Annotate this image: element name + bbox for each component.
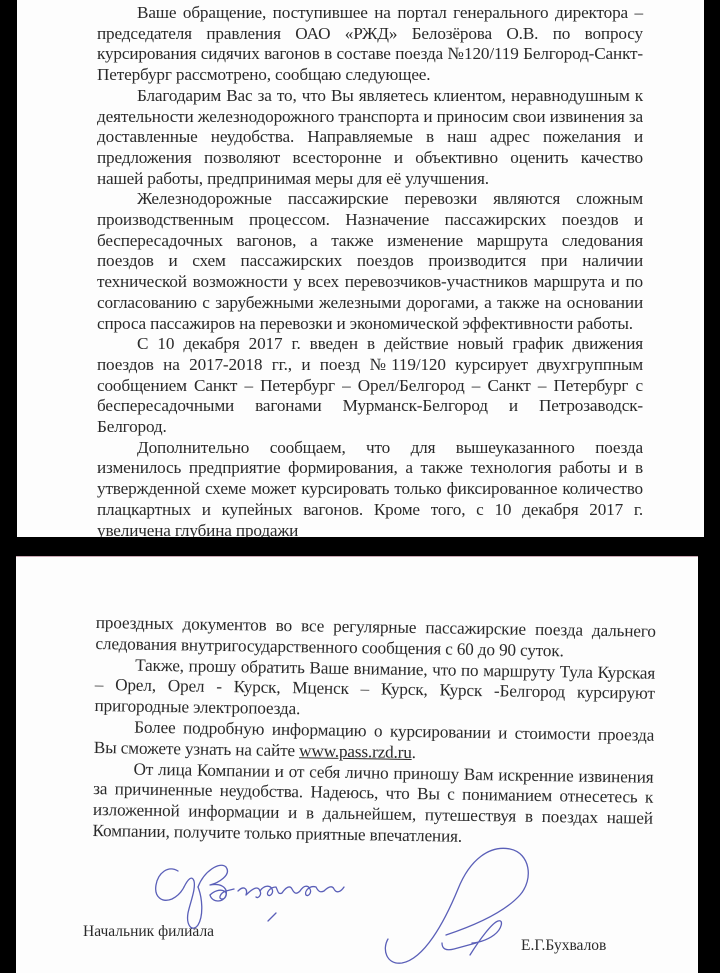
website-text-after: . <box>412 743 416 762</box>
paragraph-schedule: С 10 декабря 2017 г. введен в действие н… <box>97 334 643 438</box>
paragraph-intro: Ваше обращение, поступившее на портал ге… <box>97 3 643 86</box>
paragraph-transport-process: Железнодорожные пассажирские перевозки я… <box>97 189 643 334</box>
signatory-name: Е.Г.Бухвалов <box>521 937 606 955</box>
signatory-title: Начальник филиала <box>83 923 214 941</box>
letter-page-1: Ваше обращение, поступившее на портал ге… <box>17 0 704 537</box>
page-1-body: Ваше обращение, поступившее на портал ге… <box>97 3 643 537</box>
paragraph-thanks: Благодарим Вас за то, что Вы являетесь к… <box>97 86 643 190</box>
letter-page-2: проездных документов во все регулярные п… <box>16 556 698 973</box>
paragraph-commuter-trains: Также, прошу обратить Ваше внимание, что… <box>94 655 655 726</box>
website-link[interactable]: www.pass.rzd.ru <box>299 741 412 762</box>
paragraph-apology: От лица Компании и от себя лично приношу… <box>92 759 653 851</box>
paragraph-additional: Дополнительно сообщаем, что для вышеуказ… <box>97 438 643 537</box>
page-2-body: проездных документов во все регулярные п… <box>92 613 656 851</box>
